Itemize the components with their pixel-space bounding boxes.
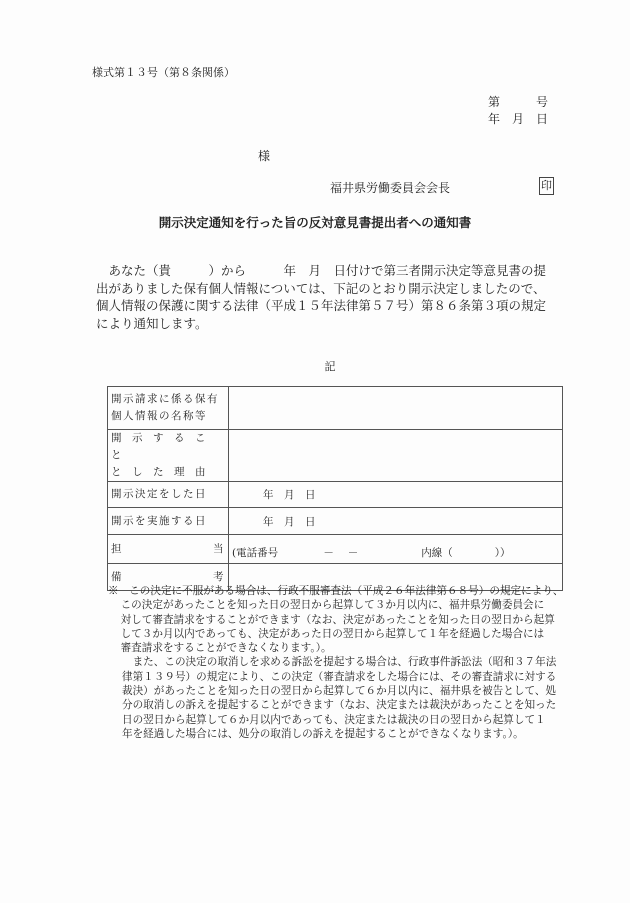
body-text: あなた（貴 ）から 年 月 日付けで第三者開示決定等意見書の提 出がありました保… bbox=[96, 262, 566, 332]
note-line: 審査請求をすることができなくなります。）。 bbox=[110, 641, 570, 655]
table-row: 開示を実施する日 年 月 日 bbox=[108, 508, 563, 535]
details-table: 開示請求に係る保有 個人情報の名称等 開 示 す る こ と と し た 理 由… bbox=[107, 386, 563, 591]
addressee-suffix: 様 bbox=[258, 147, 270, 164]
note-line: 律第１３９号）の規定により、この決定（審査請求をした場合には、その審査請求に対す… bbox=[122, 670, 570, 684]
body-line: 出がありました保有個人情報については、下記のとおり開示決定しましたので、 bbox=[96, 280, 566, 298]
row-value-info-name bbox=[229, 387, 563, 430]
table-row: 開示決定をした日 年 月 日 bbox=[108, 482, 563, 508]
form-number: 様式第１３号（第８条関係） bbox=[92, 64, 235, 80]
row-label-implementation-date: 開示を実施する日 bbox=[108, 508, 229, 535]
body-line: 個人情報の保護に関する法律（平成１５年法律第５７号）第８６条第３項の規定 bbox=[96, 297, 566, 315]
row-value-decision-date: 年 月 日 bbox=[229, 482, 563, 508]
row-value-contact: (電話番号 － － 内線（ ）） bbox=[229, 535, 563, 564]
note-line: して３か月以内であっても、決定があった日の翌日から起算して１年を経過した場合には bbox=[110, 627, 570, 641]
table-row: 開示請求に係る保有 個人情報の名称等 bbox=[108, 387, 563, 430]
row-label-reason: 開 示 す る こ と と し た 理 由 bbox=[108, 430, 229, 482]
note-line: この決定があったことを知った日の翌日から起算して３か月以内に、福井県労働委員会に bbox=[110, 598, 570, 612]
document-title: 開示決定通知を行った旨の反対意見書提出者への通知書 bbox=[0, 213, 630, 231]
note-line: 年を経過した場合には、処分の取消しの訴えを提起することができなくなります。）。 bbox=[122, 727, 570, 741]
row-value-implementation-date: 年 月 日 bbox=[229, 508, 563, 535]
table-row: 担当 (電話番号 － － 内線（ ）） bbox=[108, 535, 563, 564]
sender-name: 福井県労働委員会会長 bbox=[330, 179, 450, 196]
row-label-decision-date: 開示決定をした日 bbox=[108, 482, 229, 508]
body-line: あなた（貴 ）から 年 月 日付けで第三者開示決定等意見書の提 bbox=[96, 262, 566, 280]
note-line: 対して審査請求をすることができます（なお、決定があったことを知った日の翌日から起… bbox=[110, 613, 570, 627]
document-number-line: 第 号 bbox=[488, 93, 548, 110]
note-line: 裁決）があったことを知った日の翌日から起算して６か月以内に、福井県を被告として、… bbox=[122, 684, 570, 698]
table-row: 開 示 す る こ と と し た 理 由 bbox=[108, 430, 563, 482]
note-line: ※ この決定に不服がある場合は、行政不服審査法（平成２６年法律第６８号）の規定に… bbox=[108, 584, 570, 598]
ki-heading: 記 bbox=[0, 358, 630, 374]
notes-section: ※ この決定に不服がある場合は、行政不服審査法（平成２６年法律第６８号）の規定に… bbox=[110, 584, 570, 741]
seal-stamp-icon: 印 bbox=[539, 177, 554, 195]
row-label-contact: 担当 bbox=[108, 535, 229, 564]
note-line: また、この決定の取消しを求める訴訟を提起する場合は、行政事件訴訟法（昭和３７年法 bbox=[122, 655, 570, 669]
document-date-line: 年 月 日 bbox=[488, 110, 548, 127]
note-line: 日の翌日から起算して６か月以内であっても、決定または裁決の日の翌日から起算して１ bbox=[122, 713, 570, 727]
note-line: 分の取消しの訴えを提起することができます（なお、決定または裁決があったことを知っ… bbox=[122, 698, 570, 712]
body-line: により通知します。 bbox=[96, 315, 566, 333]
row-value-reason bbox=[229, 430, 563, 482]
row-label-info-name: 開示請求に係る保有 個人情報の名称等 bbox=[108, 387, 229, 430]
